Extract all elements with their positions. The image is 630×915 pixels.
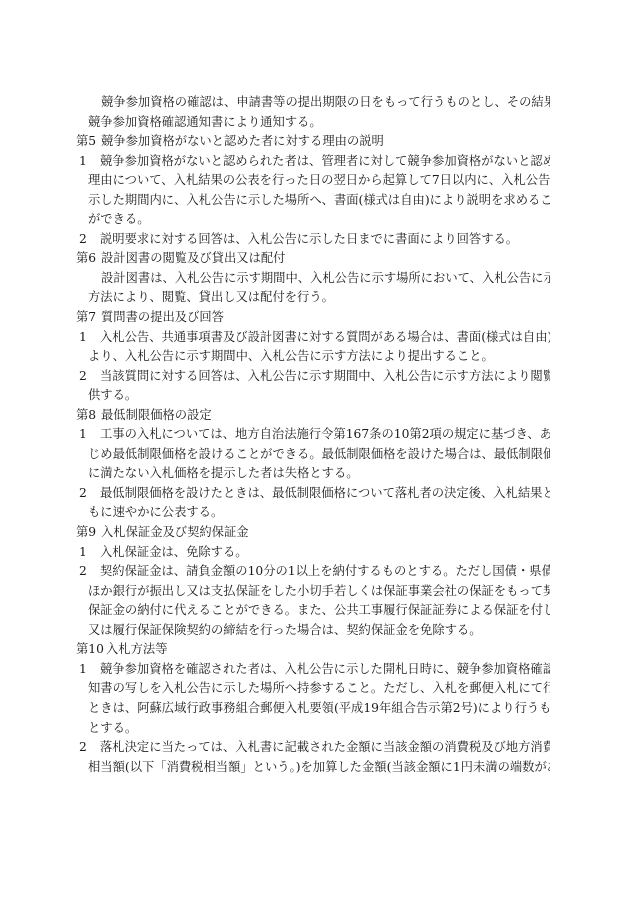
item-number: 1 — [79, 543, 100, 563]
item-number: 2 — [79, 738, 100, 758]
section-number: 第8 — [76, 406, 101, 426]
list-item: 1競争参加資格を確認された者は、入札公告に示した開札日時に、競争参加資格確認通 — [76, 660, 550, 680]
paragraph-line: 競争参加資格の確認は、申請書等の提出期限の日をもって行うものとし、その結果は — [76, 93, 550, 113]
list-item-continuation: もに速やかに公表する。 — [76, 503, 550, 523]
section-number: 第6 — [76, 249, 101, 269]
section-heading-8: 第8最低制限価格の設定 — [76, 406, 550, 426]
paragraph-line: 競争参加資格確認通知書により通知する。 — [76, 113, 550, 133]
item-number: 2 — [79, 367, 100, 387]
item-text: 説明要求に対する回答は、入札公告に示した日までに書面により回答する。 — [100, 232, 518, 246]
list-item-continuation: 保証金の納付に代えることができる。また、公共工事履行保証証券による保証を付し、 — [76, 601, 550, 621]
section-title: 入札方法等 — [106, 642, 168, 656]
list-item-continuation: 示した期間内に、入札公告に示した場所へ、書面(様式は自由)により説明を求めること — [76, 191, 550, 211]
section-number: 第10 — [76, 640, 106, 660]
section-title: 設計図書の閲覧及び貸出又は配付 — [101, 251, 285, 265]
item-text: 契約保証金は、請負金額の10分の1以上を納付するものとする。ただし国債・県債の — [100, 564, 550, 578]
section-number: 第7 — [76, 308, 101, 328]
list-item: 1入札保証金は、免除する。 — [76, 543, 550, 563]
item-number: 1 — [79, 660, 100, 680]
list-item-continuation: に満たない入札価格を提示した者は失格とする。 — [76, 464, 550, 484]
section-heading-9: 第9入札保証金及び契約保証金 — [76, 523, 550, 543]
section-heading-7: 第7質問書の提出及び回答 — [76, 308, 550, 328]
list-item-continuation: じめ最低制限価格を設けることができる。最低制限価格を設けた場合は、最低制限価格 — [76, 445, 550, 465]
list-item-continuation: より、入札公告に示す期間中、入札公告に示す方法により提出すること。 — [76, 347, 550, 367]
item-text: 入札保証金は、免除する。 — [100, 545, 248, 559]
list-item-continuation: とする。 — [76, 719, 550, 739]
section-heading-5: 第5競争参加資格がないと認めた者に対する理由の説明 — [76, 132, 550, 152]
list-item-continuation: ときは、阿蘇広域行政事務組合郵便入札要領(平成19年組合告示第2号)により行うも… — [76, 699, 550, 719]
list-item: 2当該質問に対する回答は、入札公告に示す期間中、入札公告に示す方法により閲覧に — [76, 367, 550, 387]
list-item-continuation: ができる。 — [76, 210, 550, 230]
section-heading-6: 第6設計図書の閲覧及び貸出又は配付 — [76, 249, 550, 269]
item-number: 1 — [79, 328, 100, 348]
item-text: 最低制限価格を設けたときは、最低制限価格について落札者の決定後、入札結果とと — [100, 486, 550, 500]
section-title: 入札保証金及び契約保証金 — [101, 525, 249, 539]
item-text: 競争参加資格がないと認められた者は、管理者に対して競争参加資格がないと認めた — [100, 154, 550, 168]
list-item-continuation: 又は履行保証保険契約の締結を行った場合は、契約保証金を免除する。 — [76, 621, 550, 641]
item-text: 落札決定に当たっては、入札書に記載された金額に当該金額の消費税及び地方消費税 — [100, 740, 550, 754]
section-title: 競争参加資格がないと認めた者に対する理由の説明 — [101, 134, 384, 148]
list-item-continuation: ほか銀行が振出し又は支払保証をした小切手若しくは保証事業会社の保証をもって契約 — [76, 582, 550, 602]
list-item: 2落札決定に当たっては、入札書に記載された金額に当該金額の消費税及び地方消費税 — [76, 738, 550, 758]
item-number: 2 — [79, 230, 100, 250]
item-text: 工事の入札については、地方自治法施行令第167条の10第2項の規定に基づき、あら… — [100, 427, 550, 441]
list-item-continuation: 知書の写しを入札公告に示した場所へ持参すること。ただし、入札を郵便入札にて行う — [76, 679, 550, 699]
document-page: 競争参加資格の確認は、申請書等の提出期限の日をもって行うものとし、その結果は 競… — [76, 93, 550, 777]
list-item: 2契約保証金は、請負金額の10分の1以上を納付するものとする。ただし国債・県債の — [76, 562, 550, 582]
list-item: 1工事の入札については、地方自治法施行令第167条の10第2項の規定に基づき、あ… — [76, 425, 550, 445]
list-item: 1競争参加資格がないと認められた者は、管理者に対して競争参加資格がないと認めた — [76, 152, 550, 172]
list-item-continuation: 供する。 — [76, 386, 550, 406]
paragraph-line: 設計図書は、入札公告に示す期間中、入札公告に示す場所において、入札公告に示す — [76, 269, 550, 289]
item-text: 入札公告、共通事項書及び設計図書に対する質問がある場合は、書面(様式は自由)に — [100, 330, 550, 344]
list-item: 2説明要求に対する回答は、入札公告に示した日までに書面により回答する。 — [76, 230, 550, 250]
list-item-continuation: 相当額(以下「消費税相当額」という。)を加算した金額(当該金額に1円未満の端数が… — [76, 758, 550, 778]
item-number: 1 — [79, 152, 100, 172]
list-item: 2最低制限価格を設けたときは、最低制限価格について落札者の決定後、入札結果とと — [76, 484, 550, 504]
section-number: 第9 — [76, 523, 101, 543]
list-item-continuation: 理由について、入札結果の公表を行った日の翌日から起算して7日以内に、入札公告に — [76, 171, 550, 191]
list-item: 1入札公告、共通事項書及び設計図書に対する質問がある場合は、書面(様式は自由)に — [76, 328, 550, 348]
section-heading-10: 第10入札方法等 — [76, 640, 550, 660]
section-number: 第5 — [76, 132, 101, 152]
section-title: 最低制限価格の設定 — [101, 408, 212, 422]
item-number: 2 — [79, 484, 100, 504]
paragraph-line: 方法により、閲覧、貸出し又は配付を行う。 — [76, 288, 550, 308]
section-title: 質問書の提出及び回答 — [101, 310, 224, 324]
item-text: 競争参加資格を確認された者は、入札公告に示した開札日時に、競争参加資格確認通 — [100, 662, 550, 676]
item-number: 2 — [79, 562, 100, 582]
item-number: 1 — [79, 425, 100, 445]
item-text: 当該質問に対する回答は、入札公告に示す期間中、入札公告に示す方法により閲覧に — [100, 369, 550, 383]
